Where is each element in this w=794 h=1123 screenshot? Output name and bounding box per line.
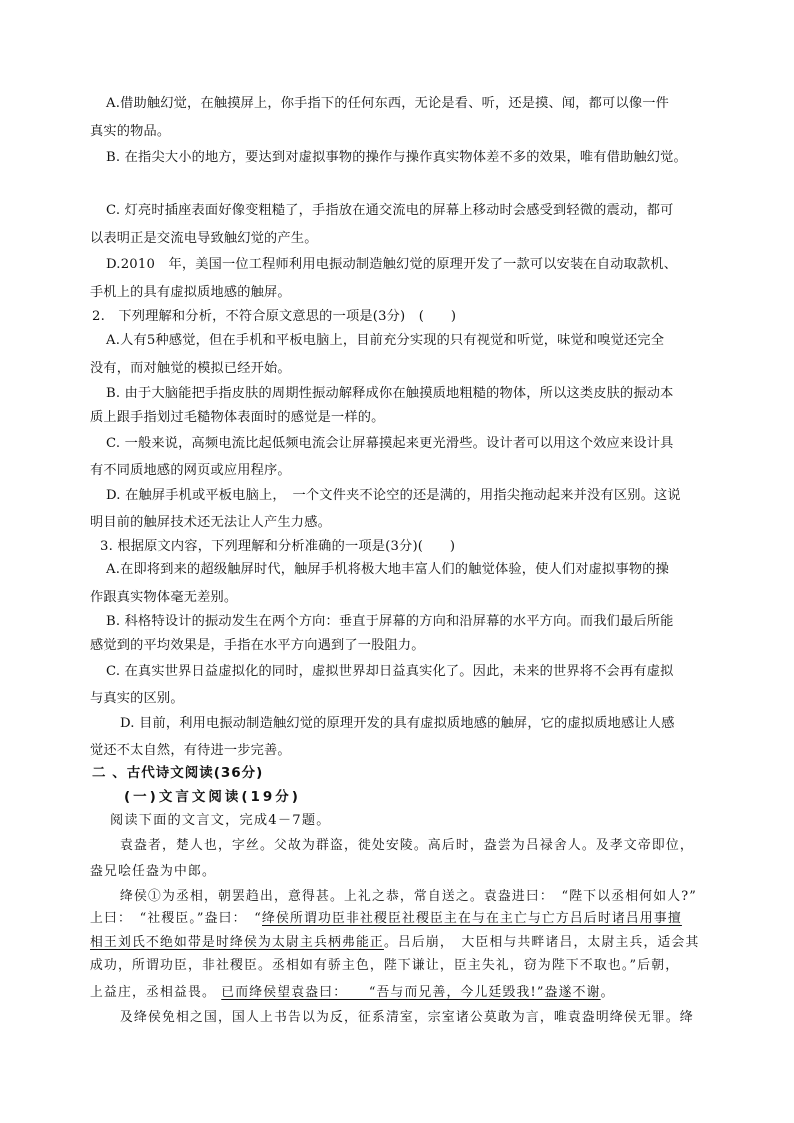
passage-text: 上益庄，丞相益畏。 <box>90 985 221 1000</box>
q2-option-a-line2: 没有，而对触觉的模拟已经开始。 <box>90 361 291 377</box>
q3-option-c-line2: 与真实的区别。 <box>90 691 184 707</box>
underlined-sentence-translate: 已而绛侯望袁盎曰： “吾与而兄善，今儿廷毁我!”盎遂不谢 <box>221 985 600 1000</box>
q2-option-b-line1: B. 由于大脑能把手指皮肤的周期性振动解释成你在触摸质地粗糙的物体，所以这类皮肤… <box>106 386 674 402</box>
q3-option-b-line1: B. 科格特设计的振动发生在两个方向：垂直于屏幕的方向和沿屏幕的水平方向。而我们… <box>106 614 674 630</box>
q2-option-b-line2: 质上跟手指划过毛糙物体表面时的感觉是一样的。 <box>90 410 385 426</box>
q3-option-a-line1: A.在即将到来的超级触屏时代，触屏手机将极大地丰富人们的触觉体验，使人们对虚拟事… <box>106 562 669 578</box>
q1-option-d-line1: D.2010 年，美国一位工程师利用电振动制造触幻觉的原理开发了一款可以安装在自… <box>106 257 677 273</box>
q1-option-d-line2: 手机上的具有虚拟质地感的触屏。 <box>90 285 291 301</box>
passage-p2-line1: 绛侯①为丞相，朝罢趋出，意得甚。上礼之恭，常自送之。袁盎进曰： “陛下以丞相何如… <box>120 889 697 905</box>
q2-stem: 2. 下列理解和分析，不符合原文意思的一项是(3分) ( ) <box>92 309 456 325</box>
passage-instruction: 阅读下面的文言文，完成4－7题。 <box>110 813 331 829</box>
passage-p2-line3: 相王刘氏不绝如带是时绛侯为太尉主兵柄弗能正。吕后崩， 大臣相与共畔诸吕，太尉主兵… <box>90 935 699 951</box>
passage-p2-line2: 上曰： “社稷臣。”盎曰： “绛侯所谓功臣非社稷臣社稷臣主在与在主亡与亡方吕后时… <box>90 911 682 927</box>
q1-option-a-line2: 真实的物品。 <box>90 124 170 140</box>
q3-option-a-line2: 作跟真实物体毫无差别。 <box>90 590 237 606</box>
q3-option-c-line1: C. 在真实世界日益虚拟化的同时，虚拟世界却日益真实化了。因此，未来的世界将不会… <box>106 664 674 680</box>
q3-option-d-line2: 觉还不太自然，有待进一步完善。 <box>90 743 291 759</box>
q1-option-a-line1: A.借助触幻觉，在触摸屏上，你手指下的任何东西，无论是看、听，还是摸、闻，都可以… <box>106 96 669 112</box>
q3-stem: 3. 根据原文内容，下列理解和分析准确的一项是(3分)( ) <box>100 539 455 555</box>
underlined-sentence-part2: 相王刘氏不绝如带是时绛侯为太尉主兵柄弗能正 <box>90 935 384 950</box>
passage-text: 。 <box>601 985 615 1000</box>
passage-p3-line1: 及绛侯免相之国，国人上书告以为反，征系清室，宗室诸公莫敢为言，唯袁盎明绛侯无罪。… <box>120 1010 694 1026</box>
q3-option-b-line2: 感觉到的平均效果是，手指在水平方向遇到了一股阻力。 <box>90 638 425 654</box>
section-title: 二 、古代诗文阅读(36分) <box>92 765 263 781</box>
q1-option-c-line1: C. 灯亮时插座表面好像变粗糙了，手指放在通交流电的屏幕上移动时会感受到轻微的震… <box>106 203 674 219</box>
passage-p2-line5: 上益庄，丞相益畏。 已而绛侯望袁盎曰： “吾与而兄善，今儿廷毁我!”盎遂不谢。 <box>90 985 615 1001</box>
q2-option-a-line1: A.人有5种感觉，但在手机和平板电脑上，目前充分实现的只有视觉和听觉，味觉和嗅觉… <box>106 333 664 349</box>
passage-p1-line2: 盎兄哙任盎为中郎。 <box>90 864 216 880</box>
underlined-sentence-part1: 绛侯所谓功臣非社稷臣社稷臣主在与在主亡与亡方吕后时诸吕用事擅 <box>262 911 682 926</box>
q2-option-d-line1: D. 在触屏手机或平板电脑上， 一个文件夹不论空的还是满的，用指尖拖动起来并没有… <box>106 488 681 504</box>
passage-text: 上曰： “社稷臣。”盎曰： “ <box>90 911 262 926</box>
passage-text: 。吕后崩， 大臣相与共畔诸吕，太尉主兵，适会其 <box>384 935 700 950</box>
passage-p1-line1: 袁盎者，楚人也，字丝。父故为群盗，徙处安陵。高后时，盎尝为吕禄舍人。及孝文帝即位… <box>120 838 694 854</box>
q2-option-c-line2: 有不同质地感的网页或应用程序。 <box>90 463 291 479</box>
q2-option-c-line1: C. 一般来说，高频电流比起低频电流会让屏幕摸起来更光滑些。设计者可以用这个效应… <box>106 436 674 452</box>
q1-option-c-line2: 以表明正是交流电导致触幻觉的产生。 <box>90 231 318 247</box>
passage-p2-line4: 成功，所谓功臣，非社稷臣。丞相如有骄主色，陛下谦让，臣主失礼，窃为陛下不取也。”… <box>90 958 679 974</box>
q3-option-d-line1: D. 目前，利用电振动制造触幻觉的原理开发的具有虚拟质地感的触屏，它的虚拟质地感… <box>120 716 675 732</box>
q1-option-b-line1: B. 在指尖大小的地方，要达到对虚拟事物的操作与操作真实物体差不多的效果，唯有借… <box>106 150 687 166</box>
q2-option-d-line2: 明目前的触屏技术还无法让人产生力感。 <box>90 515 331 531</box>
section-subtitle: (一)文言文阅读(19分) <box>124 789 301 805</box>
